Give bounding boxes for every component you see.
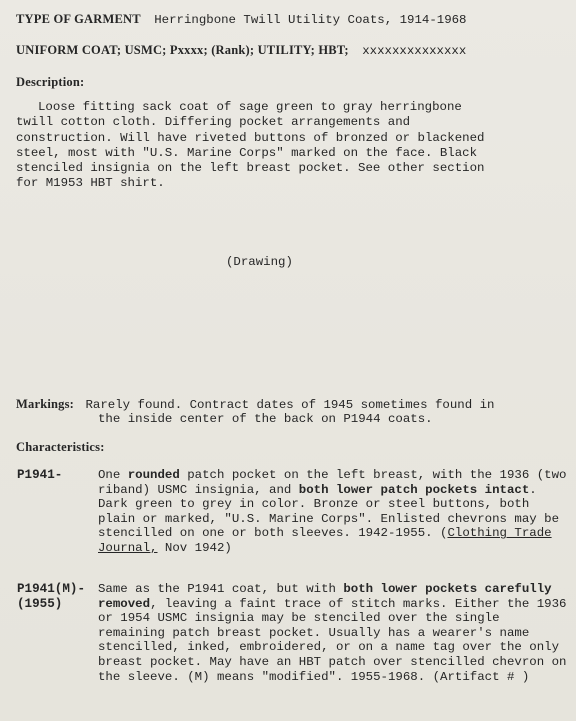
pattern-label-p1941m: P1941(M)- bbox=[17, 582, 85, 597]
garment-type-label: TYPE OF GARMENT bbox=[16, 12, 141, 26]
nomenclature-label: UNIFORM COAT; USMC; Pxxxx; (Rank); UTILI… bbox=[16, 43, 349, 57]
description-heading: Description: bbox=[16, 75, 84, 90]
garment-type-row: TYPE OF GARMENT Herringbone Twill Utilit… bbox=[16, 12, 467, 27]
pattern-label-p1941m-year: (1955) bbox=[17, 597, 62, 612]
nomenclature-row: UNIFORM COAT; USMC; Pxxxx; (Rank); UTILI… bbox=[16, 43, 466, 58]
markings-text-1: Rarely found. Contract dates of 1945 som… bbox=[86, 398, 495, 412]
markings-text-2: the inside center of the back on P1944 c… bbox=[98, 412, 433, 426]
text-segment: , leaving a faint trace of stitch marks.… bbox=[98, 597, 566, 684]
pattern-text-p1941m: Same as the P1941 coat, but with both lo… bbox=[98, 582, 568, 684]
text-segment: Same as the P1941 coat, but with bbox=[98, 582, 343, 596]
description-line: steel, most with "U.S. Marine Corps" mar… bbox=[16, 146, 566, 161]
emphasis-text: rounded bbox=[128, 468, 180, 482]
garment-type-value: Herringbone Twill Utility Coats, 1914-19… bbox=[154, 13, 466, 27]
description-line: for M1953 HBT shirt. bbox=[16, 176, 566, 191]
document-page: TYPE OF GARMENT Herringbone Twill Utilit… bbox=[0, 0, 576, 721]
description-line: twill cotton cloth. Differing pocket arr… bbox=[16, 115, 566, 130]
description-line: stenciled insignia on the left breast po… bbox=[16, 161, 566, 176]
pattern-label-p1941: P1941- bbox=[17, 468, 62, 483]
markings-row: Markings: Rarely found. Contract dates o… bbox=[16, 397, 494, 412]
characteristics-heading: Characteristics: bbox=[16, 440, 105, 455]
markings-label: Markings: bbox=[16, 397, 74, 411]
drawing-placeholder: (Drawing) bbox=[226, 255, 293, 269]
description-body: Loose fitting sack coat of sage green to… bbox=[16, 100, 566, 192]
description-line: construction. Will have riveted buttons … bbox=[16, 131, 566, 146]
emphasis-text: both lower patch pockets intact bbox=[299, 483, 530, 497]
pattern-text-p1941: One rounded patch pocket on the left bre… bbox=[98, 468, 568, 556]
text-segment: One bbox=[98, 468, 128, 482]
text-segment: Nov 1942) bbox=[158, 541, 232, 555]
description-line: Loose fitting sack coat of sage green to… bbox=[16, 100, 566, 115]
nomenclature-placeholder: xxxxxxxxxxxxxx bbox=[362, 44, 466, 58]
